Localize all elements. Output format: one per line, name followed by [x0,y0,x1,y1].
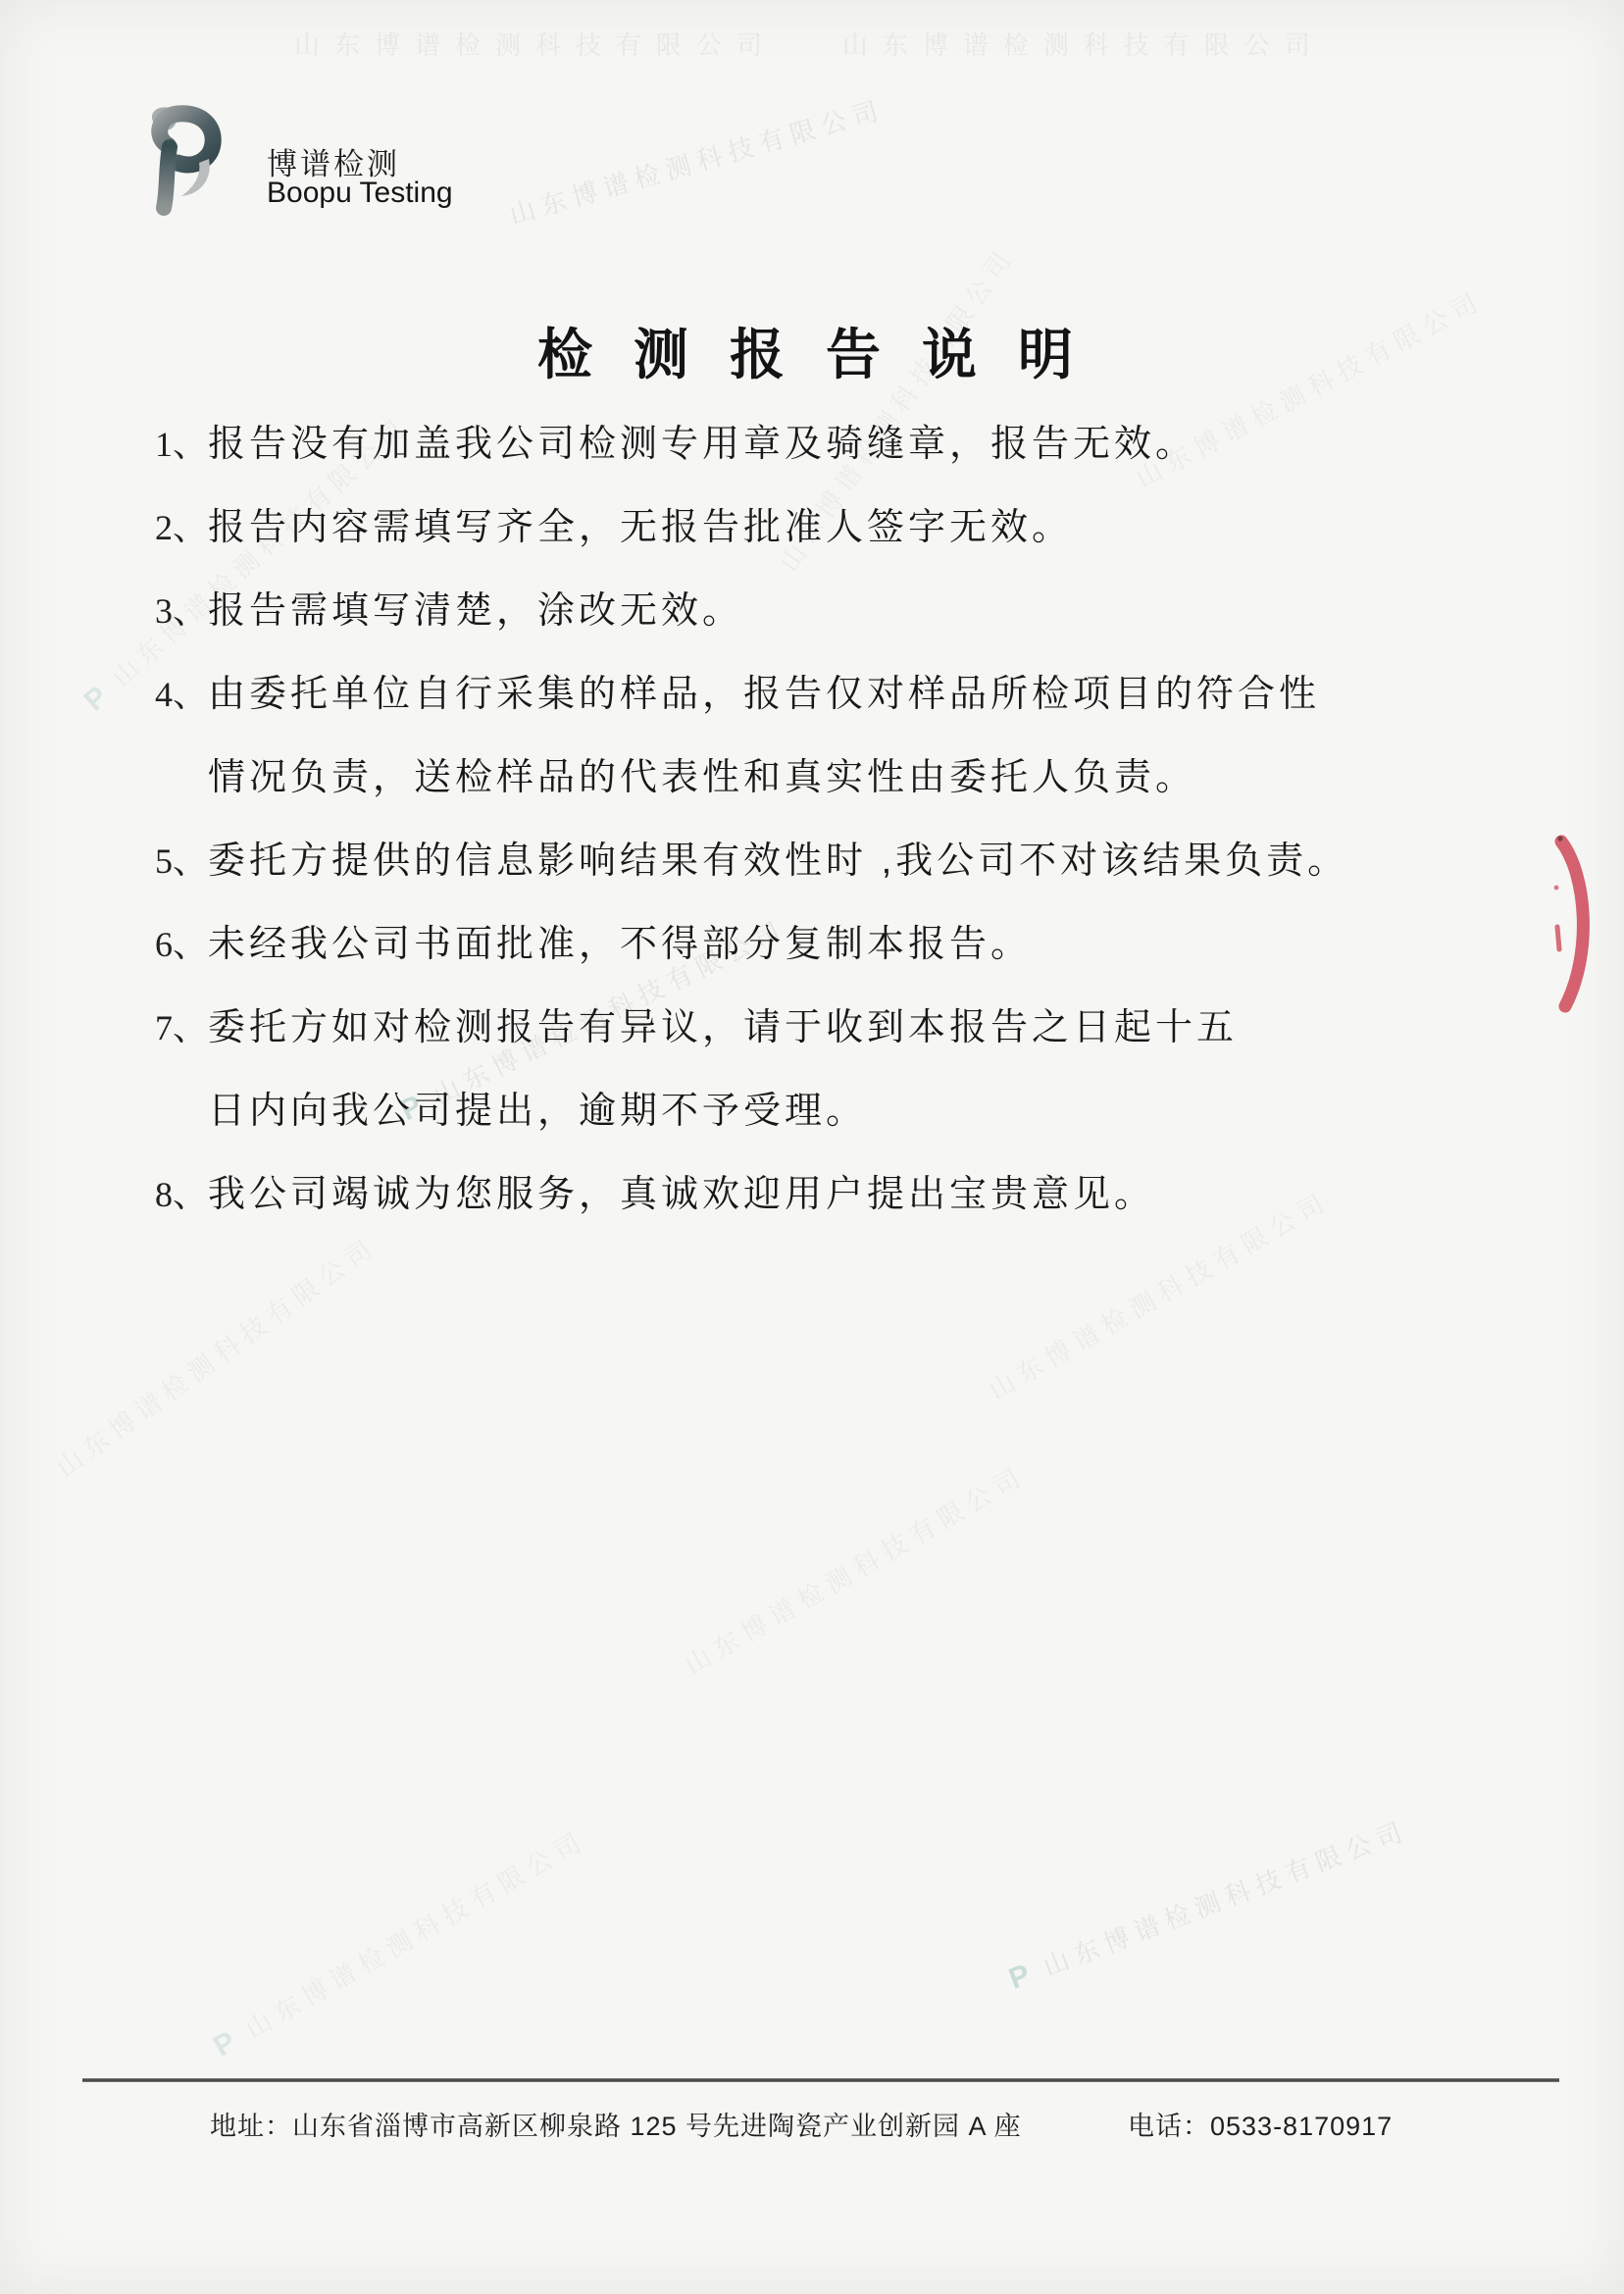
note-text: 我公司竭诚为您服务，真诚欢迎用户提出宝贵意见。 [208,1172,1155,1217]
red-seal-arc-icon [1548,832,1608,1018]
header-logo: 博谱检测 Boopu Testing [140,102,552,229]
note-text: 报告需填写清楚，涂改无效。 [208,588,743,634]
note-text: 委托方如对检测报告有异议，请于收到本报告之日起十五 [208,1005,1238,1050]
watermark: 山东博谱检测科技有限公司 山东博谱检测科技有限公司 [294,25,1325,62]
note-text: 情况负责，送检样品的代表性和真实性由委托人负责。 [208,755,1196,800]
note-text: 由委托单位自行采集的样品，报告仅对样品所检项目的符合性 [208,672,1320,717]
watermark: P山东博谱检测科技有限公司 [1003,1810,1413,1997]
note-row-continuation: 日内向我公司提出，逾期不予受理。 [155,1089,1420,1172]
notes-list: 1、 报告没有加盖我公司检测专用章及骑缝章，报告无效。 2、 报告内容需填写齐全… [155,422,1420,1255]
note-row: 6、 未经我公司书面批准，不得部分复制本报告。 [155,922,1420,1005]
boopu-logo-icon [140,104,227,220]
note-row: 8、 我公司竭诚为您服务，真诚欢迎用户提出宝贵意见。 [155,1172,1420,1255]
footer-phone: 电话：0533-8170917 [1128,2105,1393,2143]
watermark-p-icon: P [78,676,120,718]
note-number: 2、 [155,505,208,550]
watermark-p-icon: P [1004,1956,1040,1995]
watermark: 山东博谱检测科技有限公司 [505,90,888,232]
note-number: 1、 [155,422,208,467]
note-number: 3、 [155,588,208,634]
note-number: 7、 [155,1005,208,1050]
footer-address: 地址：山东省淄博市高新区柳泉路 125 号先进陶瓷产业创新园 A 座 [210,2105,1022,2143]
note-row: 2、 报告内容需填写齐全，无报告批准人签字无效。 [155,505,1420,588]
note-text: 委托方提供的信息影响结果有效性时 ,我公司不对该结果负责。 [208,839,1348,884]
watermark: 山东博谱检测科技有限公司 [48,1227,383,1485]
note-text: 报告没有加盖我公司检测专用章及骑缝章，报告无效。 [208,422,1196,467]
footer-divider [82,2078,1559,2082]
watermark-p-icon: P [208,2022,247,2064]
note-row: 7、 委托方如对检测报告有异议，请于收到本报告之日起十五 [155,1005,1420,1089]
note-text: 日内向我公司提出，逾期不予受理。 [208,1089,867,1134]
note-row: 1、 报告没有加盖我公司检测专用章及骑缝章，报告无效。 [155,422,1420,505]
note-text: 未经我公司书面批准，不得部分复制本报告。 [208,922,1032,967]
scanned-report-page: 山东博谱检测科技有限公司 山东博谱检测科技有限公司 山东博谱检测科技有限公司 山… [0,0,1624,2294]
note-number: 5、 [155,839,208,884]
page-title: 检 测 报 告 说 明 [0,312,1624,390]
note-row: 4、 由委托单位自行采集的样品，报告仅对样品所检项目的符合性 [155,672,1420,755]
logo-title-en: Boopu Testing [267,177,453,210]
note-number: 6、 [155,922,208,967]
note-row: 3、 报告需填写清楚，涂改无效。 [155,588,1420,672]
note-row: 5、 委托方提供的信息影响结果有效性时 ,我公司不对该结果负责。 [155,839,1420,922]
note-text: 报告内容需填写齐全，无报告批准人签字无效。 [208,505,1073,550]
note-number: 4、 [155,672,208,717]
watermark: P山东博谱检测科技有限公司 [207,1820,593,2065]
note-row-continuation: 情况负责，送检样品的代表性和真实性由委托人负责。 [155,755,1420,839]
note-number: 8、 [155,1172,208,1217]
watermark: 山东博谱检测科技有限公司 [678,1455,1032,1681]
